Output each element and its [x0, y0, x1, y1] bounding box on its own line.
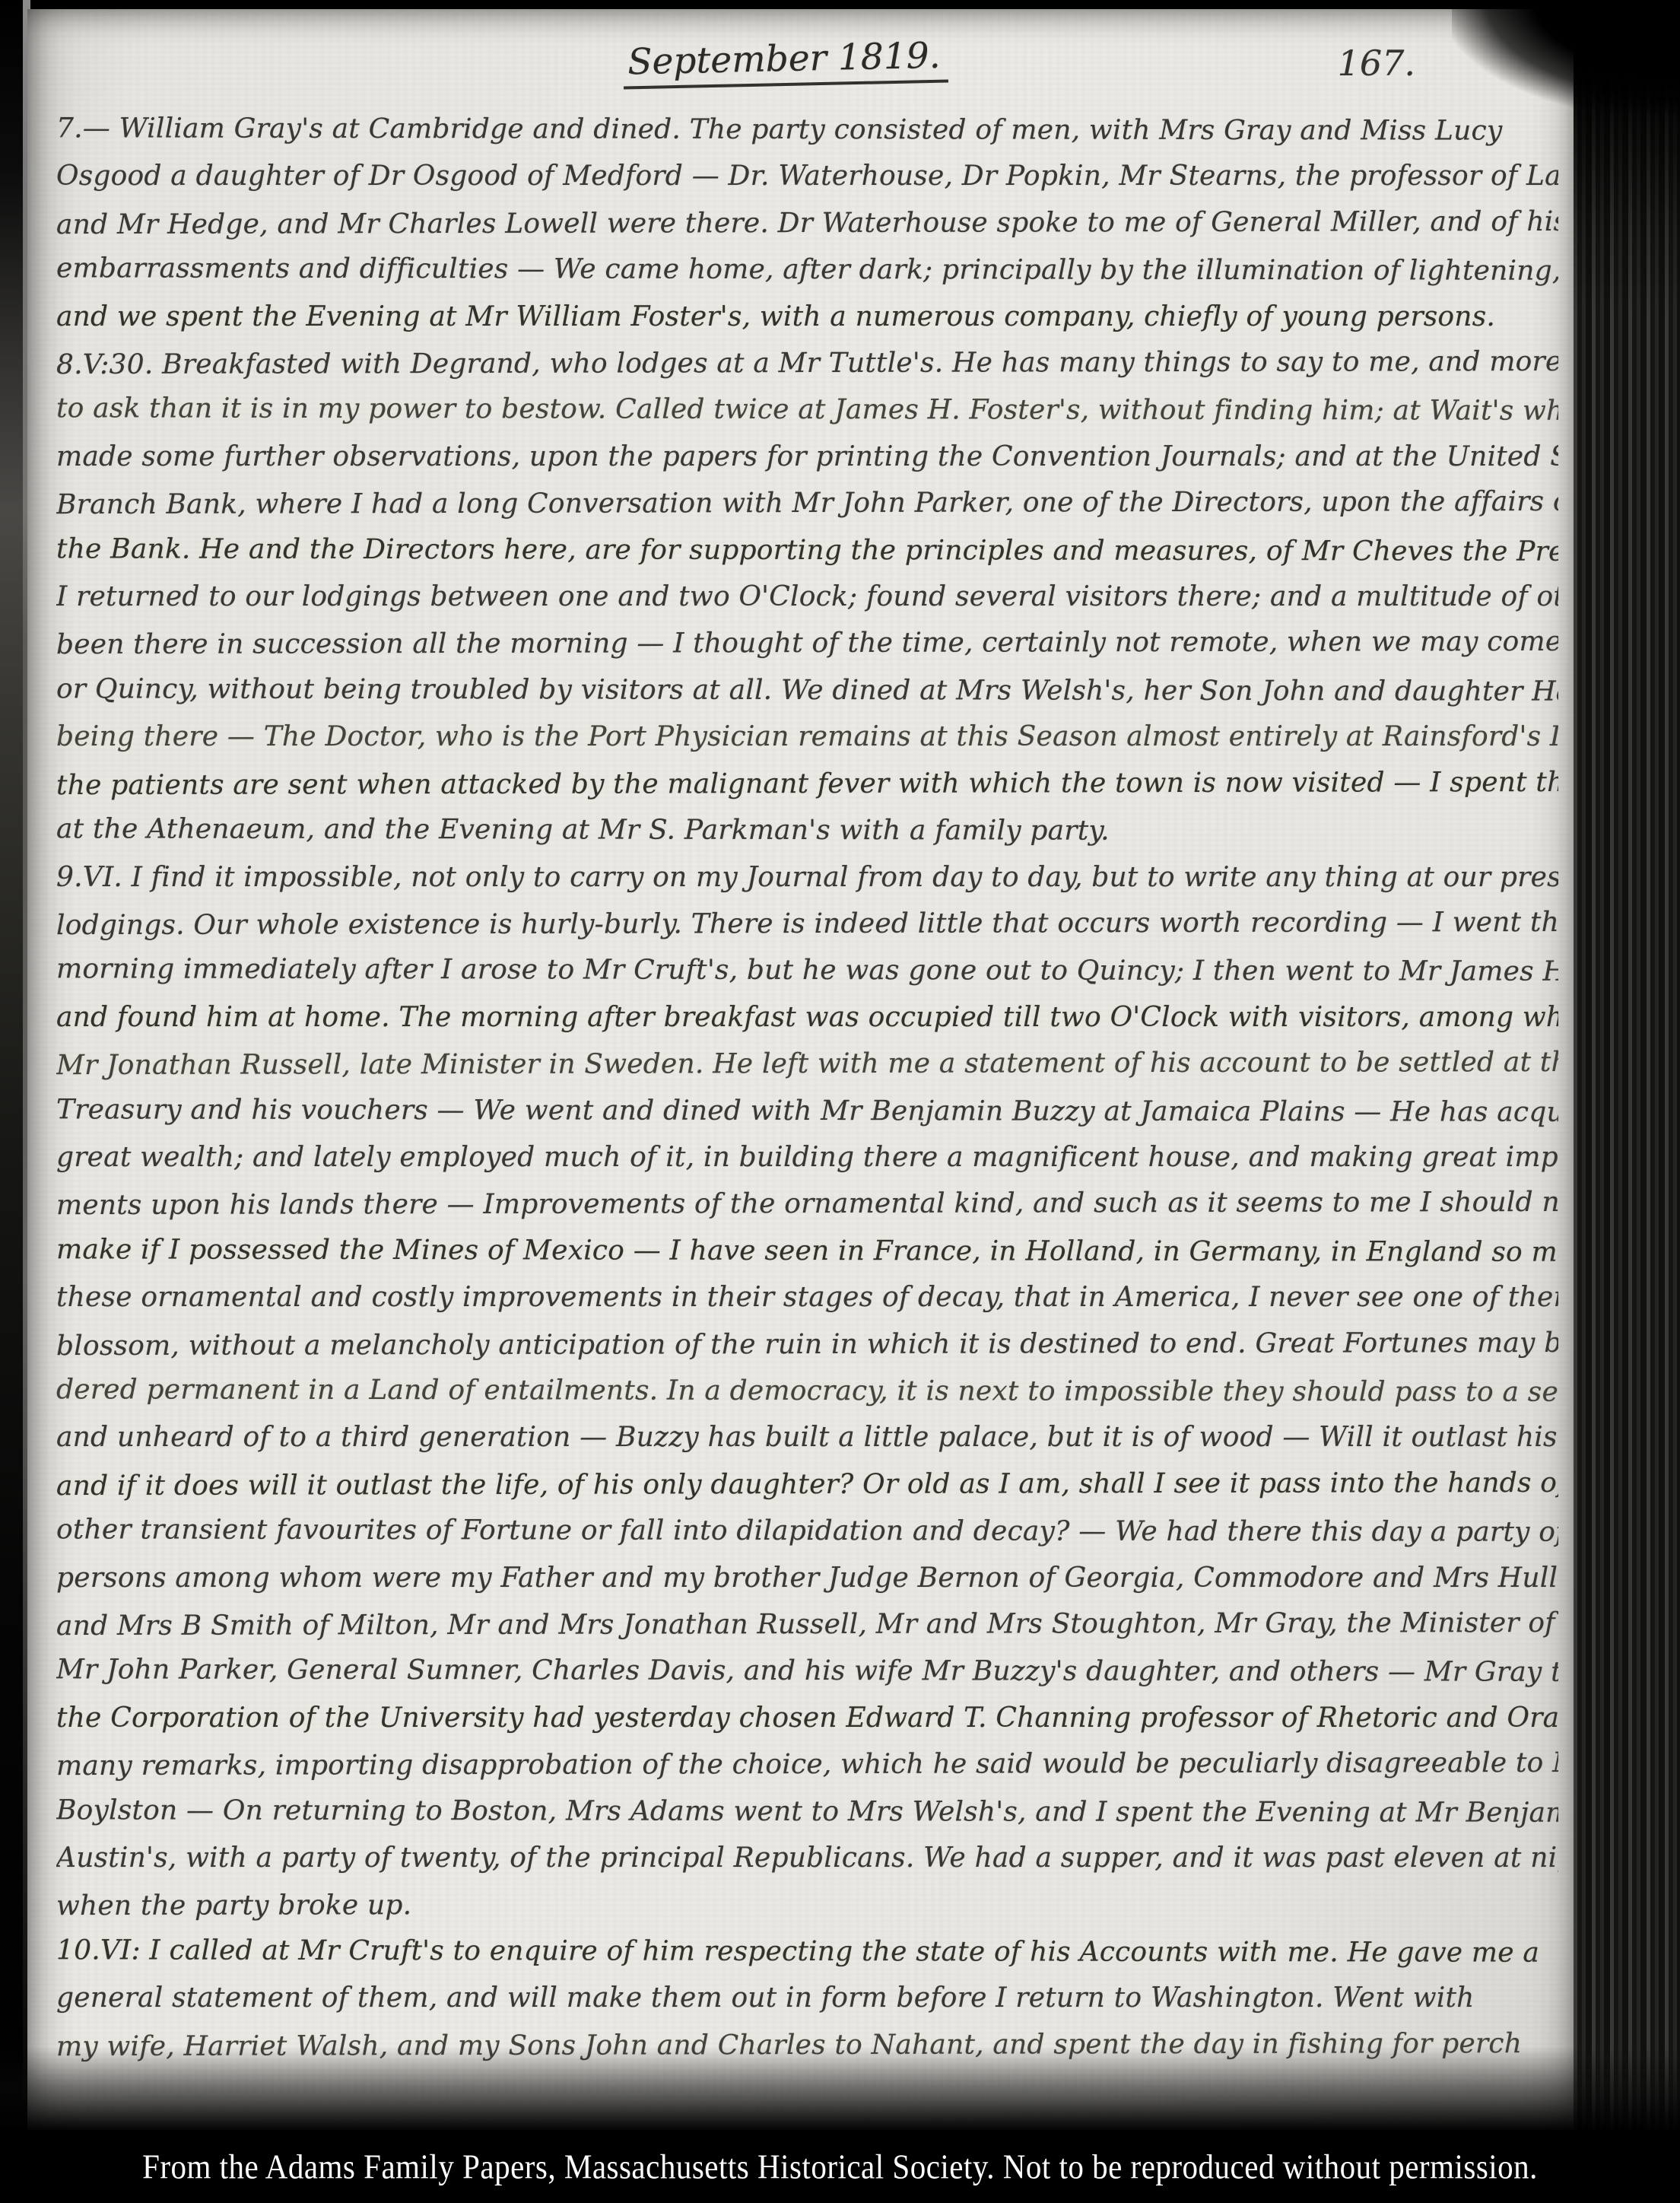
manuscript-line: to ask than it is in my power to bestow.… [56, 386, 1558, 435]
manuscript-line: at the Athenaeum, and the Evening at Mr … [56, 806, 1558, 855]
manuscript-line: Branch Bank, where I had a long Conversa… [56, 478, 1558, 529]
top-right-corner-shadow [1452, 0, 1680, 114]
manuscript-line: persons among whom were my Father and my… [56, 1555, 1558, 1601]
manuscript-line: and we spent the Evening at Mr William F… [56, 294, 1558, 340]
manuscript-line: morning immediately after I arose to Mr … [56, 946, 1558, 996]
footer-caption-bar: From the Adams Family Papers, Massachuse… [0, 2130, 1680, 2203]
footer-caption: From the Adams Family Papers, Massachuse… [142, 2146, 1538, 2187]
manuscript-line: been there in succession all the morning… [56, 618, 1558, 669]
manuscript-line: I returned to our lodgings between one a… [56, 574, 1558, 620]
manuscript-line: when the party broke up. [56, 1880, 1558, 1930]
manuscript-line: and if it does will it outlast the life,… [56, 1460, 1558, 1510]
manuscript-line: Boylston — On returning to Boston, Mrs A… [56, 1787, 1558, 1836]
manuscript-scan: September 1819. 167. 7.— William Gray's … [0, 0, 1680, 2203]
manuscript-line: Treasury and his vouchers — We went and … [56, 1086, 1558, 1136]
manuscript-text: 7.— William Gray's at Cambridge and dine… [56, 106, 1558, 2092]
manuscript-line: the Bank. He and the Directors here, are… [56, 526, 1558, 575]
manuscript-line: or Quincy, without being troubled by vis… [56, 666, 1558, 715]
manuscript-line: 10.VI: I called at Mr Cruft's to enquire… [56, 1927, 1558, 1976]
manuscript-line: other transient favourites of Fortune or… [56, 1506, 1558, 1556]
manuscript-line: made some further observations, upon the… [56, 434, 1558, 480]
page-title: September 1819. [623, 35, 948, 90]
manuscript-line: Mr John Parker, General Sumner, Charles … [56, 1647, 1558, 1696]
manuscript-line: the patients are sent when attacked by t… [56, 759, 1558, 809]
manuscript-line: Mr Jonathan Russell, late Minister in Sw… [56, 1039, 1558, 1089]
manuscript-line: dered permanent in a Land of entailments… [56, 1366, 1558, 1416]
manuscript-line: general statement of them, and will make… [56, 1975, 1558, 2021]
manuscript-line: being there — The Doctor, who is the Por… [56, 714, 1558, 760]
manuscript-line: lodgings. Our whole existence is hurly-b… [56, 899, 1558, 949]
manuscript-line: make if I possessed the Mines of Mexico … [56, 1226, 1558, 1276]
manuscript-line: the Corporation of the University had ye… [56, 1695, 1558, 1741]
page-edge-streaks [1574, 0, 1680, 2138]
page-header: September 1819. 167. [27, 38, 1575, 99]
manuscript-paper: September 1819. 167. 7.— William Gray's … [27, 9, 1575, 2130]
manuscript-line: blossom, without a melancholy anticipati… [56, 1319, 1558, 1369]
manuscript-line: many remarks, importing disapprobation o… [56, 1740, 1558, 1790]
manuscript-line: Osgood a daughter of Dr Osgood of Medfor… [56, 153, 1558, 199]
bottom-fade [0, 2046, 1680, 2138]
page-edge-band [1574, 0, 1680, 2138]
manuscript-line: 7.— William Gray's at Cambridge and dine… [56, 106, 1558, 154]
manuscript-line: and found him at home. The morning after… [56, 994, 1558, 1041]
manuscript-line: these ornamental and costly improvements… [56, 1274, 1558, 1321]
manuscript-line: 9.VI. I find it impossible, not only to … [56, 854, 1558, 901]
manuscript-line: 8.V:30. Breakfasted with Degrand, who lo… [56, 339, 1558, 389]
manuscript-line: and Mrs B Smith of Milton, Mr and Mrs Jo… [56, 1600, 1558, 1650]
manuscript-line: great wealth; and lately employed much o… [56, 1134, 1558, 1181]
manuscript-line: embarrassments and difficulties — We cam… [56, 245, 1558, 294]
manuscript-line: Austin's, with a party of twenty, of the… [56, 1835, 1558, 1881]
page-number: 167. [1338, 43, 1415, 84]
manuscript-line: and unheard of to a third generation — B… [56, 1414, 1558, 1461]
manuscript-line: and Mr Hedge, and Mr Charles Lowell were… [56, 199, 1558, 249]
manuscript-line: ments upon his lands there — Improvement… [56, 1179, 1558, 1229]
